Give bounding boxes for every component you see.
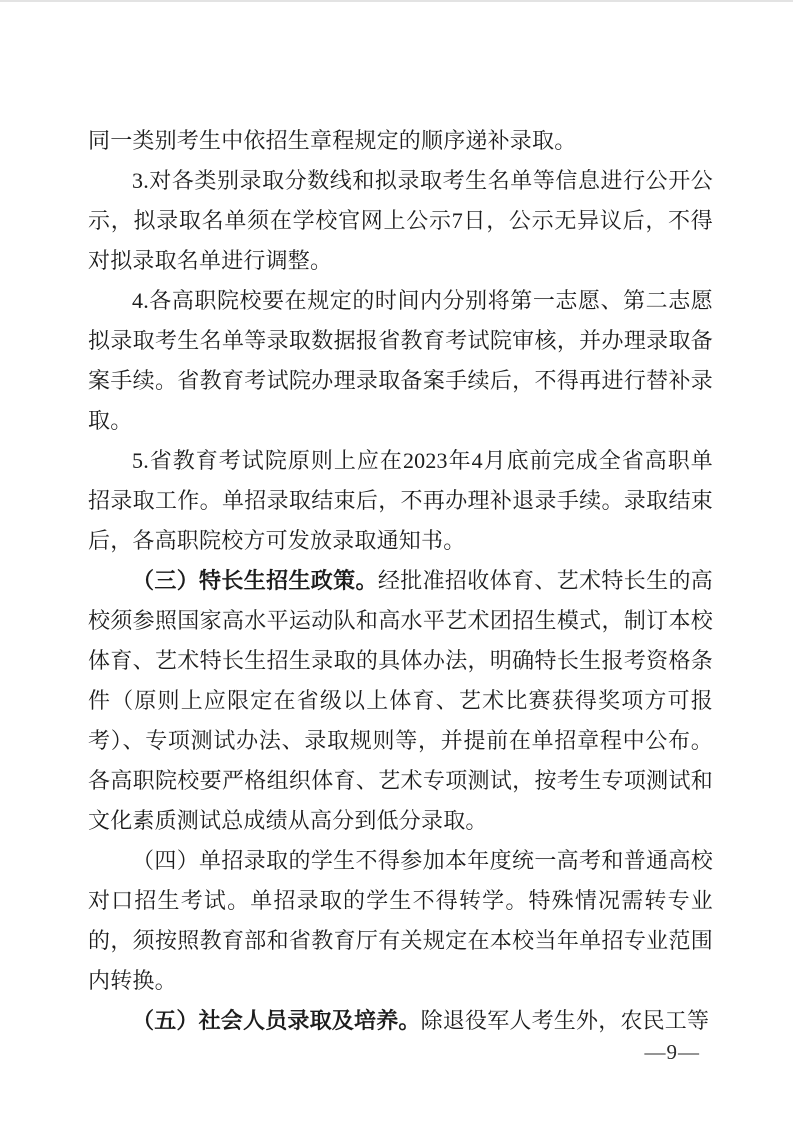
section-5-heading: （五）社会人员录取及培养。	[132, 1008, 421, 1033]
section-3-heading: （三）特长生招生政策。	[132, 568, 378, 593]
section-3-body: 经批准招收体育、艺术特长生的高校须参照国家高水平运动队和高水平艺术团招生模式，制…	[88, 568, 713, 833]
document-page: 同一类别考生中依招生章程规定的顺序递补录取。 3.对各类别录取分数线和拟录取考生…	[0, 0, 793, 1122]
paragraph-item-5: 5.省教育考试院原则上应在2023年4月底前完成全省高职单招录取工作。单招录取结…	[88, 441, 713, 561]
paragraph-section-4: （四）单招录取的学生不得参加本年度统一高考和普通高校对口招生考试。单招录取的学生…	[88, 841, 713, 1001]
paragraph-section-3: （三）特长生招生政策。经批准招收体育、艺术特长生的高校须参照国家高水平运动队和高…	[88, 561, 713, 841]
paragraph-continuation: 同一类别考生中依招生章程规定的顺序递补录取。	[88, 121, 713, 161]
document-body-text: 同一类别考生中依招生章程规定的顺序递补录取。 3.对各类别录取分数线和拟录取考生…	[88, 121, 713, 1041]
paragraph-item-3: 3.对各类别录取分数线和拟录取考生名单等信息进行公开公示，拟录取名单须在学校官网…	[88, 161, 713, 281]
paragraph-item-4: 4.各高职院校要在规定的时间内分别将第一志愿、第二志愿拟录取考生名单等录取数据报…	[88, 281, 713, 441]
page-number: —9—	[645, 1040, 701, 1064]
section-5-body: 除退役军人考生外，农民工等	[421, 1008, 710, 1033]
paragraph-section-5: （五）社会人员录取及培养。除退役军人考生外，农民工等	[88, 1001, 713, 1041]
